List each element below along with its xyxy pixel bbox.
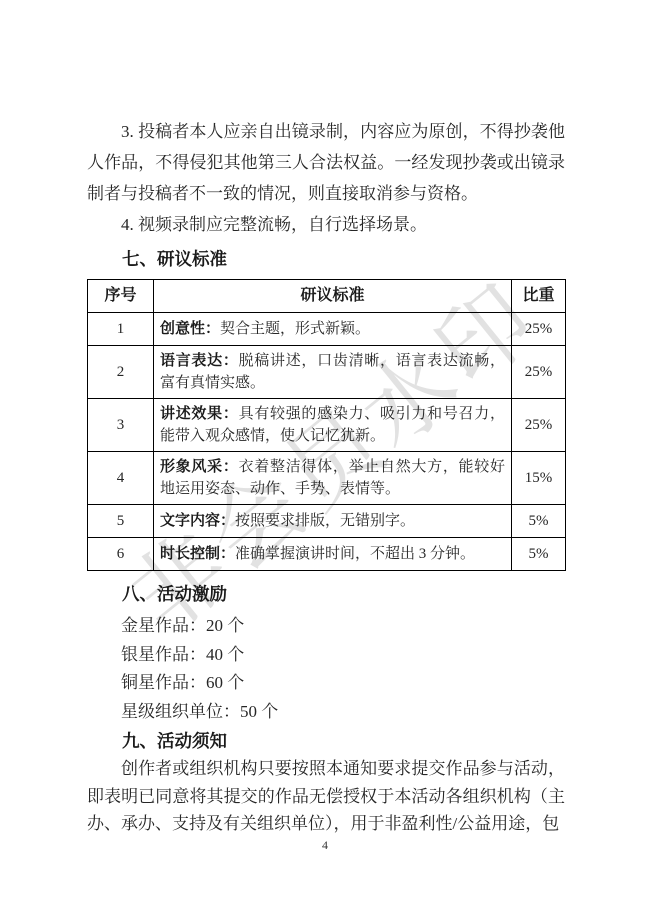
reward-item-bronze: 铜星作品：60 个 — [87, 669, 565, 698]
header-col-criteria: 研议标准 — [154, 280, 512, 313]
paragraph-item3: 3. 投稿者本人应亲自出镜录制，内容应为原创，不得抄袭他人作品，不得侵犯其他第三… — [87, 116, 565, 209]
row6-weight: 5% — [512, 538, 566, 571]
row5-desc: 文字内容：按照要求排版，无错别字。 — [154, 505, 512, 538]
row3-weight: 25% — [512, 399, 566, 452]
row2-desc: 语言表达：脱稿讲述，口齿清晰，语言表达流畅，富有真情实感。 — [154, 346, 512, 399]
reward-item-org: 星级组织单位：50 个 — [87, 698, 565, 727]
row5-weight: 5% — [512, 505, 566, 538]
page-content: 3. 投稿者本人应亲自出镜录制，内容应为原创，不得抄袭他人作品，不得侵犯其他第三… — [0, 0, 650, 838]
row6-desc-text: 准确掌握演讲时间，不超出 3 分钟。 — [235, 546, 475, 562]
criteria-row-2: 2 语言表达：脱稿讲述，口齿清晰，语言表达流畅，富有真情实感。 25% — [88, 346, 566, 399]
reward-list: 金星作品：20 个 银星作品：40 个 铜星作品：60 个 星级组织单位：50 … — [87, 612, 565, 726]
criteria-header-row: 序号 研议标准 比重 — [88, 280, 566, 313]
criteria-row-1: 1 创意性：契合主题，形式新颖。 25% — [88, 313, 566, 346]
reward-item-gold: 金星作品：20 个 — [87, 612, 565, 641]
row4-desc: 形象风采：衣着整洁得体，举止自然大方，能较好地运用姿态、动作、手势、表情等。 — [154, 452, 512, 505]
row4-no: 4 — [88, 452, 154, 505]
row6-no: 6 — [88, 538, 154, 571]
row3-no: 3 — [88, 399, 154, 452]
criteria-row-3: 3 讲述效果：具有较强的感染力、吸引力和号召力，能带入观众感情，使人记忆犹新。 … — [88, 399, 566, 452]
row6-term: 时长控制： — [160, 546, 235, 562]
criteria-row-6: 6 时长控制：准确掌握演讲时间，不超出 3 分钟。 5% — [88, 538, 566, 571]
row4-term: 形象风采： — [160, 459, 239, 475]
row1-desc: 创意性：契合主题，形式新颖。 — [154, 313, 512, 346]
row2-term: 语言表达： — [160, 353, 239, 369]
reward-item-silver: 银星作品：40 个 — [87, 641, 565, 670]
section9-heading: 九、活动须知 — [87, 728, 565, 755]
criteria-row-5: 5 文字内容：按照要求排版，无错别字。 5% — [88, 505, 566, 538]
row1-no: 1 — [88, 313, 154, 346]
row2-no: 2 — [88, 346, 154, 399]
row2-weight: 25% — [512, 346, 566, 399]
row1-weight: 25% — [512, 313, 566, 346]
paragraph-item4: 4. 视频录制应完整流畅，自行选择场景。 — [87, 209, 565, 240]
section7-heading: 七、研议标准 — [87, 246, 565, 273]
header-col-weight: 比重 — [512, 280, 566, 313]
row4-weight: 15% — [512, 452, 566, 505]
row5-desc-text: 按照要求排版，无错别字。 — [235, 513, 415, 529]
document-page: 非会员水印 3. 投稿者本人应亲自出镜录制，内容应为原创，不得抄袭他人作品，不得… — [0, 0, 650, 919]
row6-desc: 时长控制：准确掌握演讲时间，不超出 3 分钟。 — [154, 538, 512, 571]
page-number: 4 — [0, 838, 650, 853]
notice-paragraph: 创作者或组织机构只要按照本通知要求提交作品参与活动，即表明已同意将其提交的作品无… — [87, 755, 565, 838]
row3-desc: 讲述效果：具有较强的感染力、吸引力和号召力，能带入观众感情，使人记忆犹新。 — [154, 399, 512, 452]
header-col-no: 序号 — [88, 280, 154, 313]
row3-term: 讲述效果： — [160, 406, 239, 422]
row5-no: 5 — [88, 505, 154, 538]
criteria-table: 序号 研议标准 比重 1 创意性：契合主题，形式新颖。 25% 2 语言表达：脱… — [87, 279, 566, 571]
row1-desc-text: 契合主题，形式新颖。 — [220, 321, 370, 337]
section8-heading: 八、活动激励 — [87, 581, 565, 608]
criteria-row-4: 4 形象风采：衣着整洁得体，举止自然大方，能较好地运用姿态、动作、手势、表情等。… — [88, 452, 566, 505]
row1-term: 创意性： — [160, 321, 220, 337]
row5-term: 文字内容： — [160, 513, 235, 529]
